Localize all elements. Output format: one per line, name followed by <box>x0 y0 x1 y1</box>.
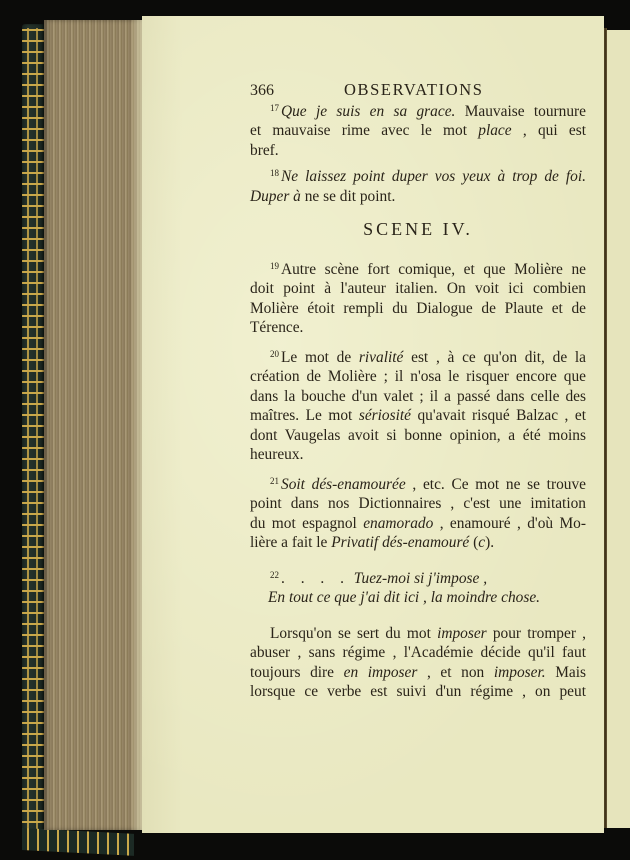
text-line: Térence. <box>250 318 586 338</box>
italic-text: rivalité <box>359 349 403 366</box>
italic-text: Duper à <box>250 188 301 205</box>
text: ne se dit point. <box>301 188 395 205</box>
text: lière a fait le <box>250 534 331 551</box>
note-22-verse: 22. . . . Tuez-moi si j'impose , En tout… <box>250 569 586 608</box>
book-binding-bottom-edge <box>22 828 134 856</box>
text-line: et mauvaise rime avec le mot place , qui… <box>250 121 586 141</box>
note-21: 21Soit dés-enamourée , etc. Ce mot ne se… <box>250 475 586 553</box>
text-line: Lorsqu'on se sert du mot imposer pour tr… <box>250 624 586 644</box>
text: du mot espagnol <box>250 515 363 532</box>
verse-line: En tout ce que j'ai dit ici , la moindre… <box>250 588 586 608</box>
italic-text: place <box>478 122 511 139</box>
italic-text: Que je suis en sa grace. <box>281 103 455 120</box>
italic-text: imposer <box>437 625 487 642</box>
italic-text: sériosité <box>359 407 411 424</box>
note-number: 22 <box>270 570 279 580</box>
text: est , à ce qu'on dit, de la <box>403 349 586 366</box>
body-paragraph: Lorsqu'on se sert du mot imposer pour tr… <box>250 624 586 702</box>
text: et mauvaise rime avec le mot <box>250 122 478 139</box>
running-head: 366 OBSERVATIONS <box>250 80 586 101</box>
text: Autre scène fort comique, et que Molière… <box>281 261 586 278</box>
book-binding-spine <box>22 24 44 850</box>
text: , etc. Ce mot ne se trouve <box>406 476 586 493</box>
book-scan: 366 OBSERVATIONS 17Que je suis en sa gra… <box>0 0 630 860</box>
page-block-edges <box>44 20 142 830</box>
text-line: 17Que je suis en sa grace. Mauvaise tour… <box>250 102 586 122</box>
text-line: abuser , sans régime , l'Académie décide… <box>250 643 586 663</box>
note-number: 17 <box>270 103 279 113</box>
text: maîtres. Le mot <box>250 407 359 424</box>
text-line: toujours dire en imposer , et non impose… <box>250 663 586 683</box>
italic-text: imposer. <box>494 664 546 681</box>
note-number: 20 <box>270 349 279 359</box>
text: pour tromper , <box>487 625 586 642</box>
text-line: lière a fait le Privatif dés-enamouré (c… <box>250 533 586 553</box>
text-line: 19Autre scène fort comique, et que Moliè… <box>250 260 586 280</box>
scene-heading: SCENE IV. <box>250 220 586 240</box>
text-line: point dans nos Dictionnaires , c'est une… <box>250 494 586 514</box>
opposite-page-sliver <box>607 30 630 828</box>
text-line: 21Soit dés-enamourée , etc. Ce mot ne se… <box>250 475 586 495</box>
text-line: du mot espagnol enamorado , enamouré , d… <box>250 514 586 534</box>
text-line: Molière étoit rempli du Dialogue de Plau… <box>250 299 586 319</box>
text-line: lorsque ce verbe est suivi d'un régime ,… <box>250 682 586 702</box>
text: Mais <box>546 664 586 681</box>
text: Lorsqu'on se sert du mot <box>270 625 437 642</box>
text-line: 20Le mot de rivalité est , à ce qu'on di… <box>250 348 586 368</box>
text-line: doit point à l'auteur italien. On voit i… <box>250 279 586 299</box>
text: , et non <box>417 664 494 681</box>
text: ( <box>469 534 478 551</box>
note-number: 21 <box>270 476 279 486</box>
text: , enamouré , d'où Mo- <box>433 515 586 532</box>
text: qu'avait risqué Balzac , et <box>411 407 586 424</box>
italic-text: Privatif <box>331 534 378 551</box>
text-line: Duper à ne se dit point. <box>250 187 586 207</box>
italic-text: Tuez-moi si j'impose , <box>350 570 487 587</box>
text-line: 18Ne laissez point duper vos yeux à trop… <box>250 167 586 187</box>
text-line: bref. <box>250 141 586 161</box>
footnote-18: 18Ne laissez point duper vos yeux à trop… <box>250 167 586 206</box>
page-text: 366 OBSERVATIONS 17Que je suis en sa gra… <box>250 80 586 702</box>
text-line: création de Molière ; il n'osa le risque… <box>250 367 586 387</box>
italic-text: dés-enamouré <box>382 534 469 551</box>
note-19: 19Autre scène fort comique, et que Moliè… <box>250 260 586 338</box>
text: , qui est <box>512 122 586 139</box>
text: Mauvaise tournure <box>455 103 586 120</box>
italic-text: Ne laissez point duper vos yeux à trop d… <box>281 168 586 185</box>
note-20: 20Le mot de rivalité est , à ce qu'on di… <box>250 348 586 465</box>
text-line: heureux. <box>250 445 586 465</box>
verse-line: 22. . . . Tuez-moi si j'impose , <box>250 569 586 589</box>
italic-text: Soit dés-enamourée <box>281 476 406 493</box>
footnote-17: 17Que je suis en sa grace. Mauvaise tour… <box>250 102 586 161</box>
italic-text: en imposer <box>344 664 418 681</box>
text-line: dans la bouche d'un valet ; il a passé d… <box>250 387 586 407</box>
note-number: 19 <box>270 261 279 271</box>
text: Le mot de <box>281 349 359 366</box>
text-line: maîtres. Le mot sériosité qu'avait risqu… <box>250 406 586 426</box>
text: ). <box>485 534 494 551</box>
italic-text: enamorado <box>363 515 433 532</box>
text: bref. <box>250 142 279 159</box>
ellipsis-dots: . . . . <box>281 570 350 587</box>
note-number: 18 <box>270 168 279 178</box>
text: toujours dire <box>250 664 344 681</box>
running-title: OBSERVATIONS <box>344 80 484 100</box>
page-number: 366 <box>250 81 344 101</box>
text-line: dont Vaugelas avoit si bonne opinion, a … <box>250 426 586 446</box>
